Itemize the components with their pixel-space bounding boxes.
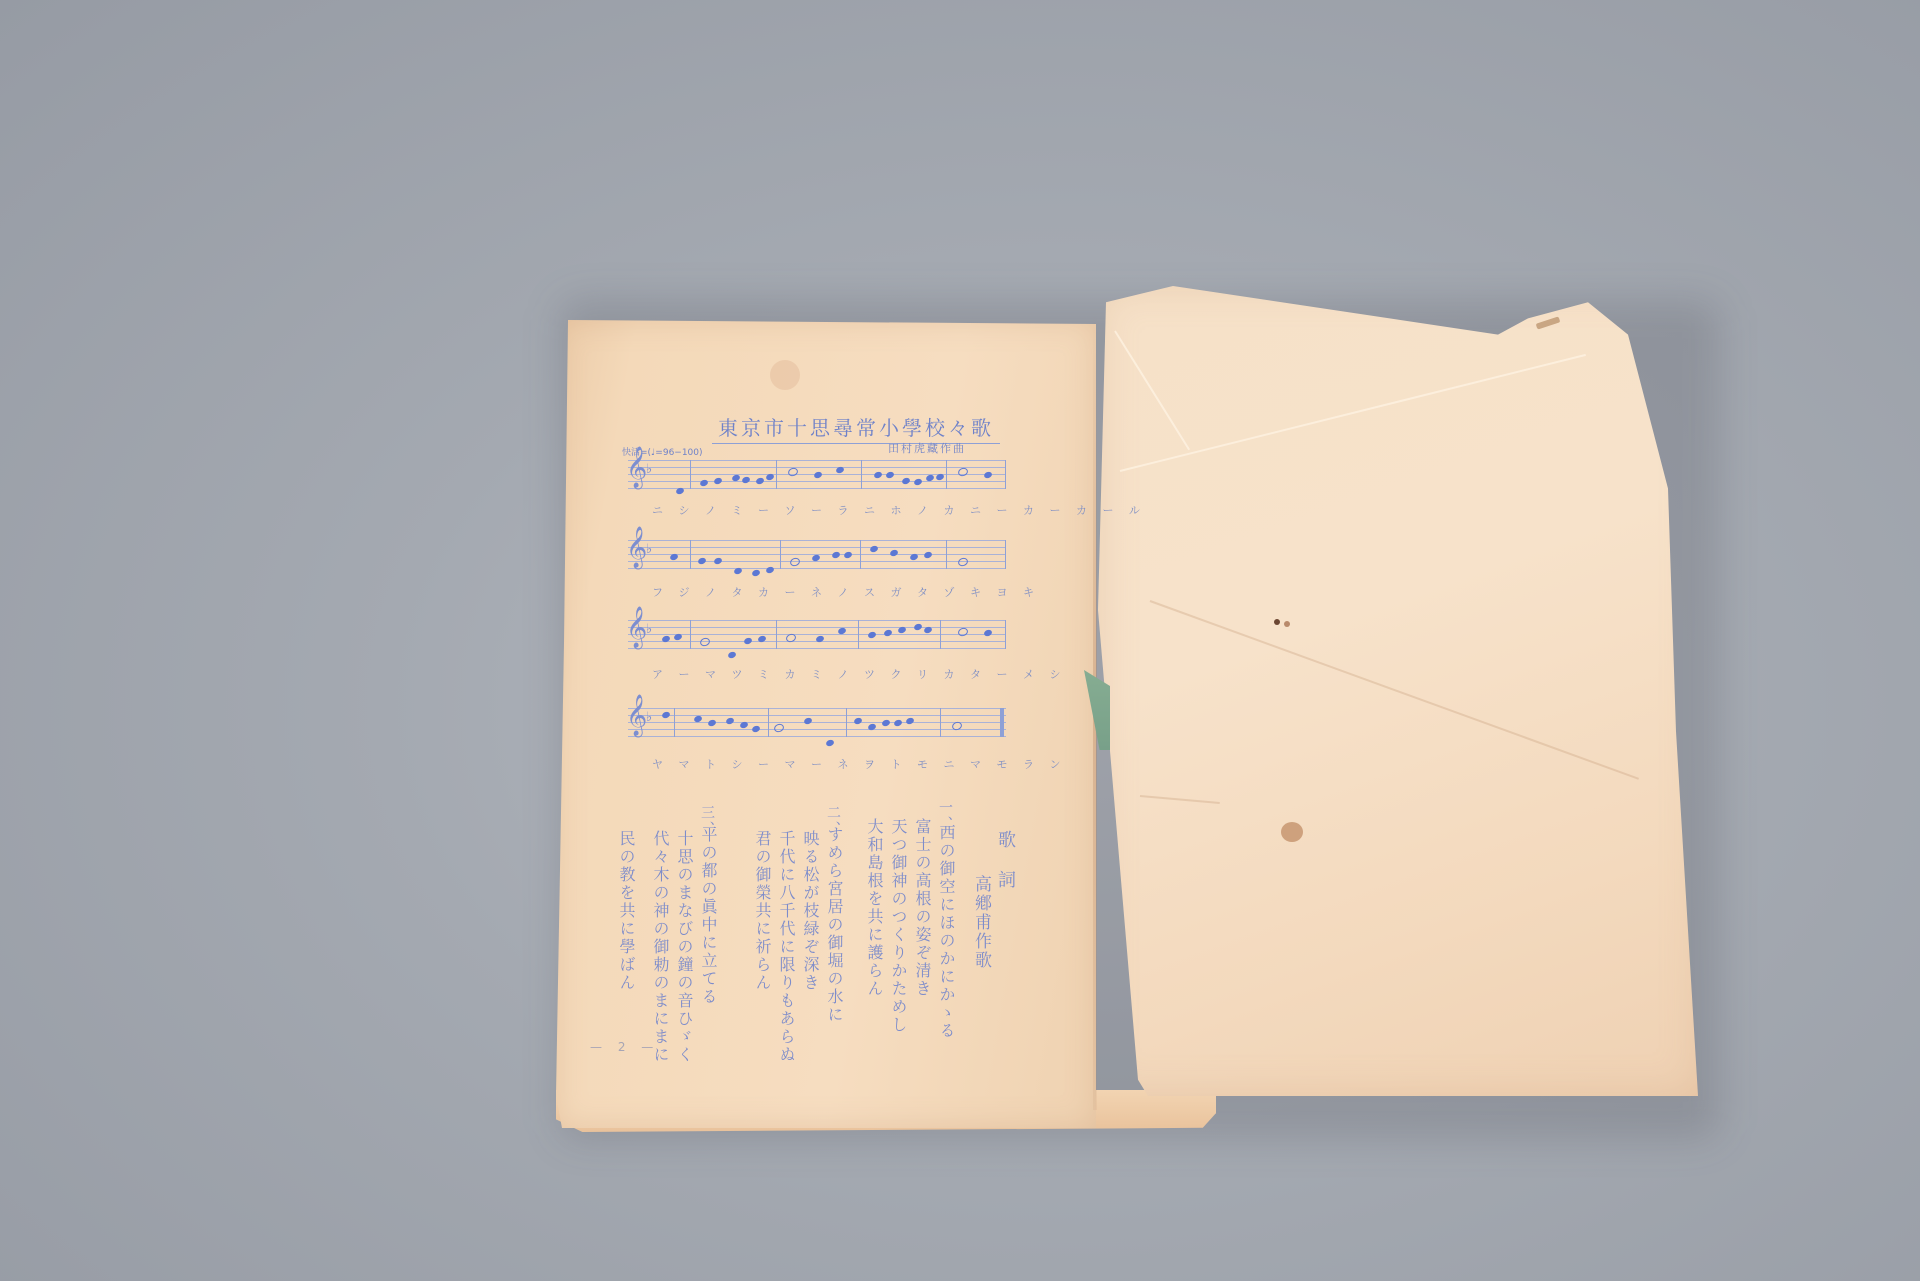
verse-3-line-4: 民の教を共に學ばん	[618, 830, 634, 992]
flat-key-signature: ♭	[646, 462, 652, 477]
water-stain	[1281, 822, 1303, 842]
bar-line	[776, 460, 777, 489]
flat-key-signature: ♭	[646, 622, 652, 637]
bar-line	[776, 620, 777, 649]
flat-key-signature: ♭	[646, 710, 652, 725]
bar-line	[858, 620, 859, 649]
bar-line	[946, 540, 947, 569]
bar-line	[860, 540, 861, 569]
bar-line	[940, 620, 941, 649]
flat-key-signature: ♭	[646, 542, 652, 557]
verse-3-line-3: 代々木の神の御勅のまにまに	[652, 830, 668, 1064]
lyrics-heading: 歌詞	[996, 830, 1014, 910]
ink-spot	[1284, 621, 1290, 627]
bar-line	[780, 540, 781, 569]
bar-line	[690, 620, 691, 649]
bar-line	[1005, 540, 1006, 569]
verse-1-line-1: 西の御空にほのかにかゝる	[938, 824, 954, 1040]
bar-line	[940, 708, 941, 737]
lyrics-author: 高鄕甫作歌	[972, 875, 989, 970]
verse-2-line-3: 千代に八千代に限りもあらぬ	[778, 830, 794, 1064]
verse-1-line-4: 大和島根を共に護らん	[866, 818, 882, 998]
verse-2-line-4: 君の御榮共に祈らん	[754, 830, 770, 992]
verse-1-line-2: 富士の高根の姿ぞ清き	[914, 818, 930, 998]
bar-line	[674, 708, 675, 737]
music-staff-3: 𝄞 ♭	[628, 620, 1006, 648]
page-number: — 2 —	[590, 1040, 659, 1054]
bar-line	[690, 540, 691, 569]
composer-credit: 田村虎藏作曲	[888, 440, 966, 456]
verse-3-line-1: 平の都の眞中に立てる	[700, 826, 716, 1006]
music-staff-4: 𝄞 ♭	[628, 708, 1006, 736]
bar-line	[946, 460, 947, 489]
bar-line	[1005, 460, 1006, 489]
final-bar-line	[1000, 708, 1004, 737]
faint-stain	[770, 360, 800, 390]
staff-3-lyric: ア ー マ ツ ミ カ ミ ノ ツ ク リ カ タ ー メ シ	[652, 666, 1066, 682]
ink-spot	[1274, 619, 1280, 625]
staff-1-lyric: ニ シ ノ ミ ー ソ ー ラ ニ ホ ノ カ ニ ー カ ー カ ー ル	[652, 502, 1146, 518]
bar-line	[846, 708, 847, 737]
bar-line	[768, 708, 769, 737]
music-staff-1: 𝄞 ♭	[628, 460, 1006, 488]
bar-line	[861, 460, 862, 489]
music-staff-2: 𝄞 ♭	[628, 540, 1006, 568]
staff-2-lyric: フ ジ ノ タ カ ー ネ ノ ス ガ タ ゾ キ ヨ キ	[652, 584, 1040, 600]
treble-clef-icon: 𝄞	[626, 450, 647, 486]
verse-2-line-2: 映る松が枝緑ぞ深き	[802, 830, 818, 992]
verse-3-line-2: 十思のまなびの鐘の音ひゞく	[676, 830, 692, 1064]
staff-lines	[628, 708, 1006, 737]
treble-clef-icon: 𝄞	[626, 698, 647, 734]
verse-2-line-1: すめら宮居の御堀の水に	[826, 826, 842, 1024]
bar-line	[1005, 620, 1006, 649]
staff-lines	[628, 620, 1006, 649]
staff-4-lyric: ヤ マ ト シ ー マ ー ネ ヲ ト モ ニ マ モ ラ ン	[652, 756, 1066, 772]
treble-clef-icon: 𝄞	[626, 530, 647, 566]
verse-1-line-3: 天つ御神のつくりかためし	[890, 818, 906, 1034]
treble-clef-icon: 𝄞	[626, 610, 647, 646]
bar-line	[690, 460, 691, 489]
